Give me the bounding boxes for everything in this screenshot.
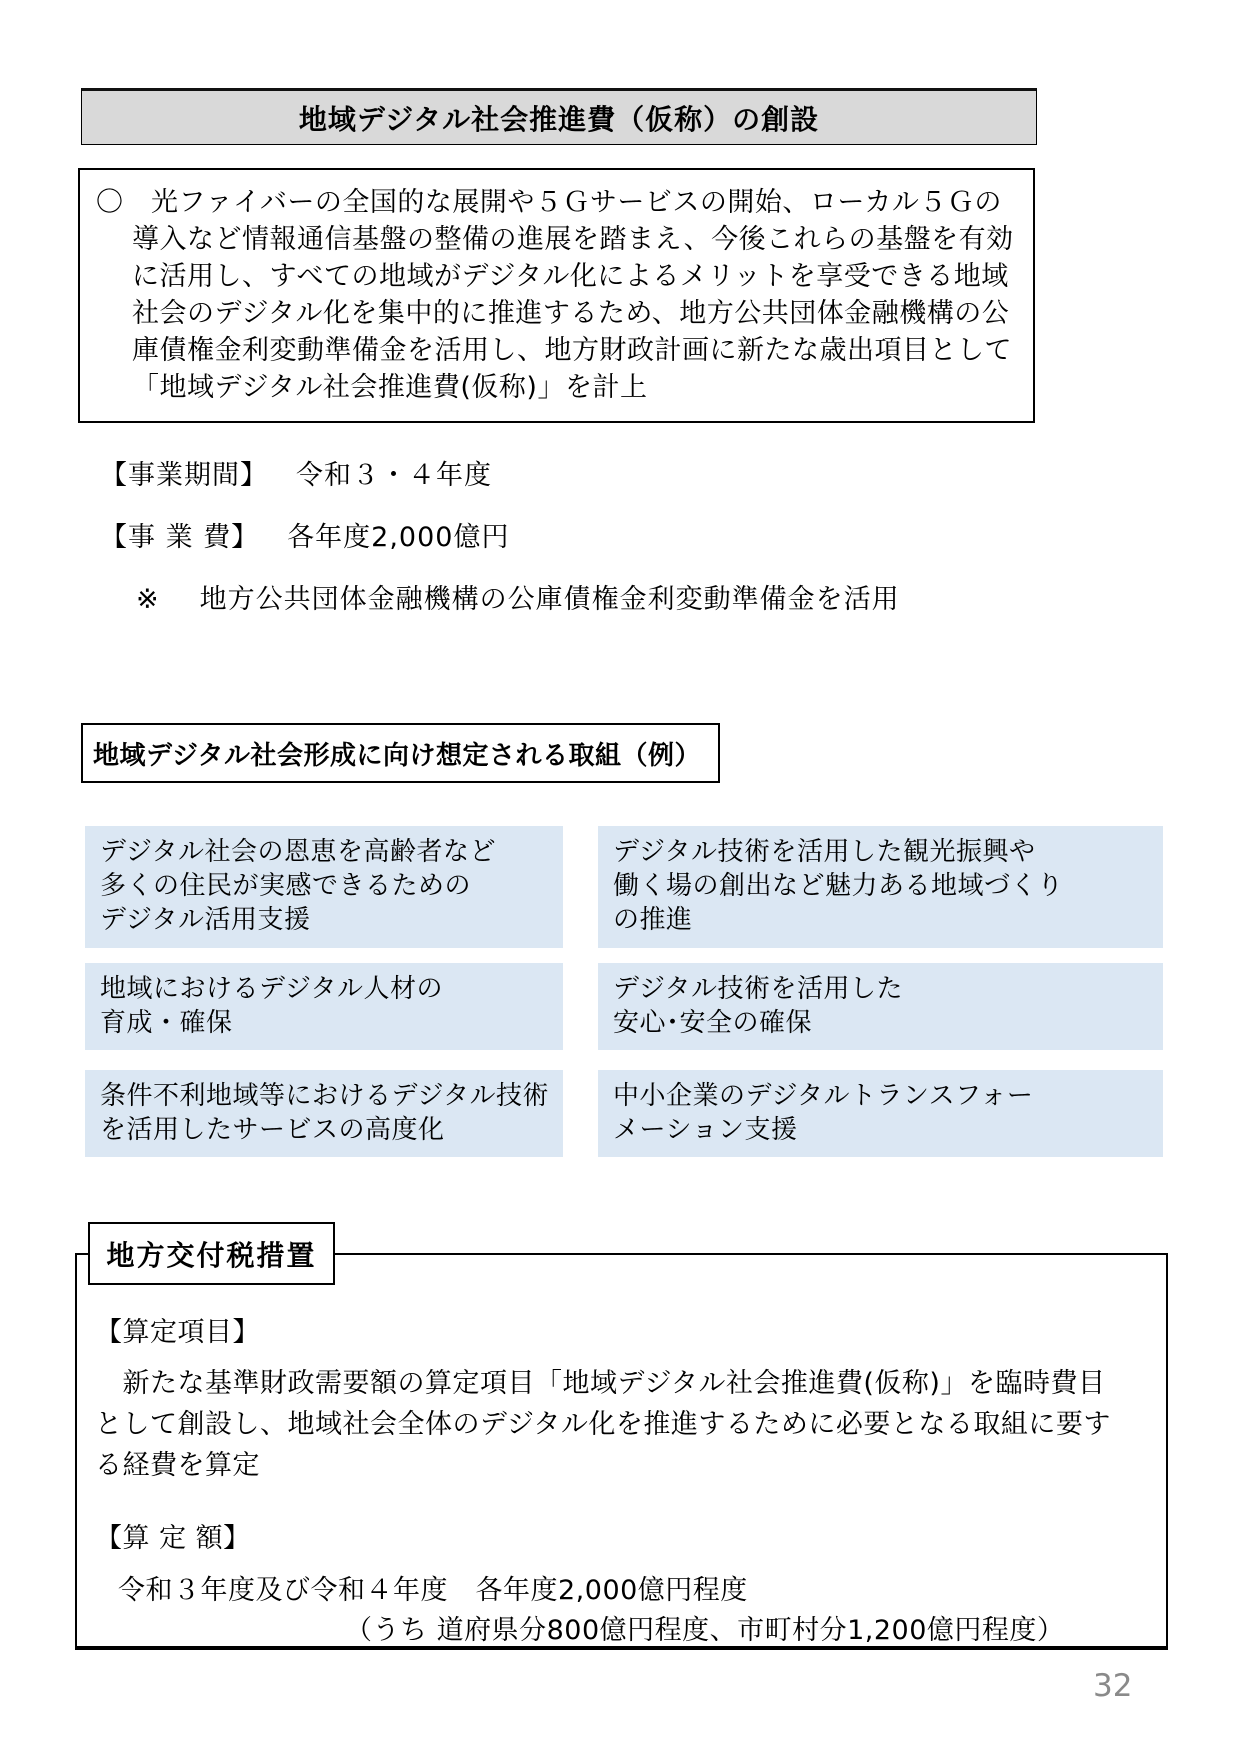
- project-cost-label: 【事 業 費】: [100, 522, 259, 553]
- calc-item-label: 【算定項目】: [95, 1310, 260, 1349]
- initiative-item-safety-security: デジタル技術を活用した 安心･安全の確保: [598, 963, 1163, 1050]
- funding-note-line: ※地方公共団体金融機構の公庫債権金利変動準備金を活用: [136, 577, 900, 616]
- initiative-item-tourism-promotion: デジタル技術を活用した観光振興や 働く場の創出など魅力ある地域づくり の推進: [598, 826, 1163, 948]
- calc-item-paragraph: 新たな基準財政需要額の算定項目「地域デジタル社会推進費(仮称)」を臨時費目として…: [95, 1363, 1130, 1486]
- note-marker: ※: [136, 584, 160, 615]
- tax-measure-heading: 地方交付税措置: [88, 1222, 335, 1285]
- funding-note-text: 地方公共団体金融機構の公庫債権金利変動準備金を活用: [200, 584, 900, 615]
- page-number: 32: [1093, 1668, 1132, 1704]
- calc-amount-line1: 令和３年度及び令和４年度 各年度2,000億円程度: [118, 1568, 748, 1607]
- project-period-value: 令和３・４年度: [296, 460, 492, 491]
- initiatives-heading-text: 地域デジタル社会形成に向け想定される取組（例）: [93, 735, 701, 772]
- initiative-item-digital-usage-support: デジタル社会の恩恵を高齢者など 多くの住民が実感できるための デジタル活用支援: [85, 826, 563, 948]
- project-period-label: 【事業期間】: [100, 460, 268, 491]
- calc-amount-label: 【算 定 額】: [95, 1516, 251, 1555]
- intro-summary-box: 〇 光ファイバーの全国的な展開や５Ｇサービスの開始、ローカル５Ｇの導入など情報通…: [78, 168, 1035, 423]
- initiatives-section-heading: 地域デジタル社会形成に向け想定される取組（例）: [81, 723, 720, 783]
- initiative-item-digital-talent: 地域におけるデジタル人材の 育成・確保: [85, 963, 563, 1050]
- initiative-item-disadvantaged-areas: 条件不利地域等におけるデジタル技術 を活用したサービスの高度化: [85, 1070, 563, 1157]
- tax-measure-heading-text: 地方交付税措置: [106, 1234, 316, 1274]
- project-period-line: 【事業期間】令和３・４年度: [100, 453, 492, 492]
- project-cost-value: 各年度2,000億円: [287, 522, 509, 553]
- page-title-text: 地域デジタル社会推進費（仮称）の創設: [299, 98, 819, 138]
- project-cost-line: 【事 業 費】各年度2,000億円: [100, 515, 509, 554]
- page-title: 地域デジタル社会推進費（仮称）の創設: [81, 88, 1037, 145]
- initiative-item-sme-dx-support: 中小企業のデジタルトランスフォー メーション支援: [598, 1070, 1163, 1157]
- calc-amount-line2: （うち 道府県分800億円程度、市町村分1,200億円程度）: [345, 1608, 1064, 1647]
- intro-paragraph: 〇 光ファイバーの全国的な展開や５Ｇサービスの開始、ローカル５Ｇの導入など情報通…: [96, 184, 1017, 406]
